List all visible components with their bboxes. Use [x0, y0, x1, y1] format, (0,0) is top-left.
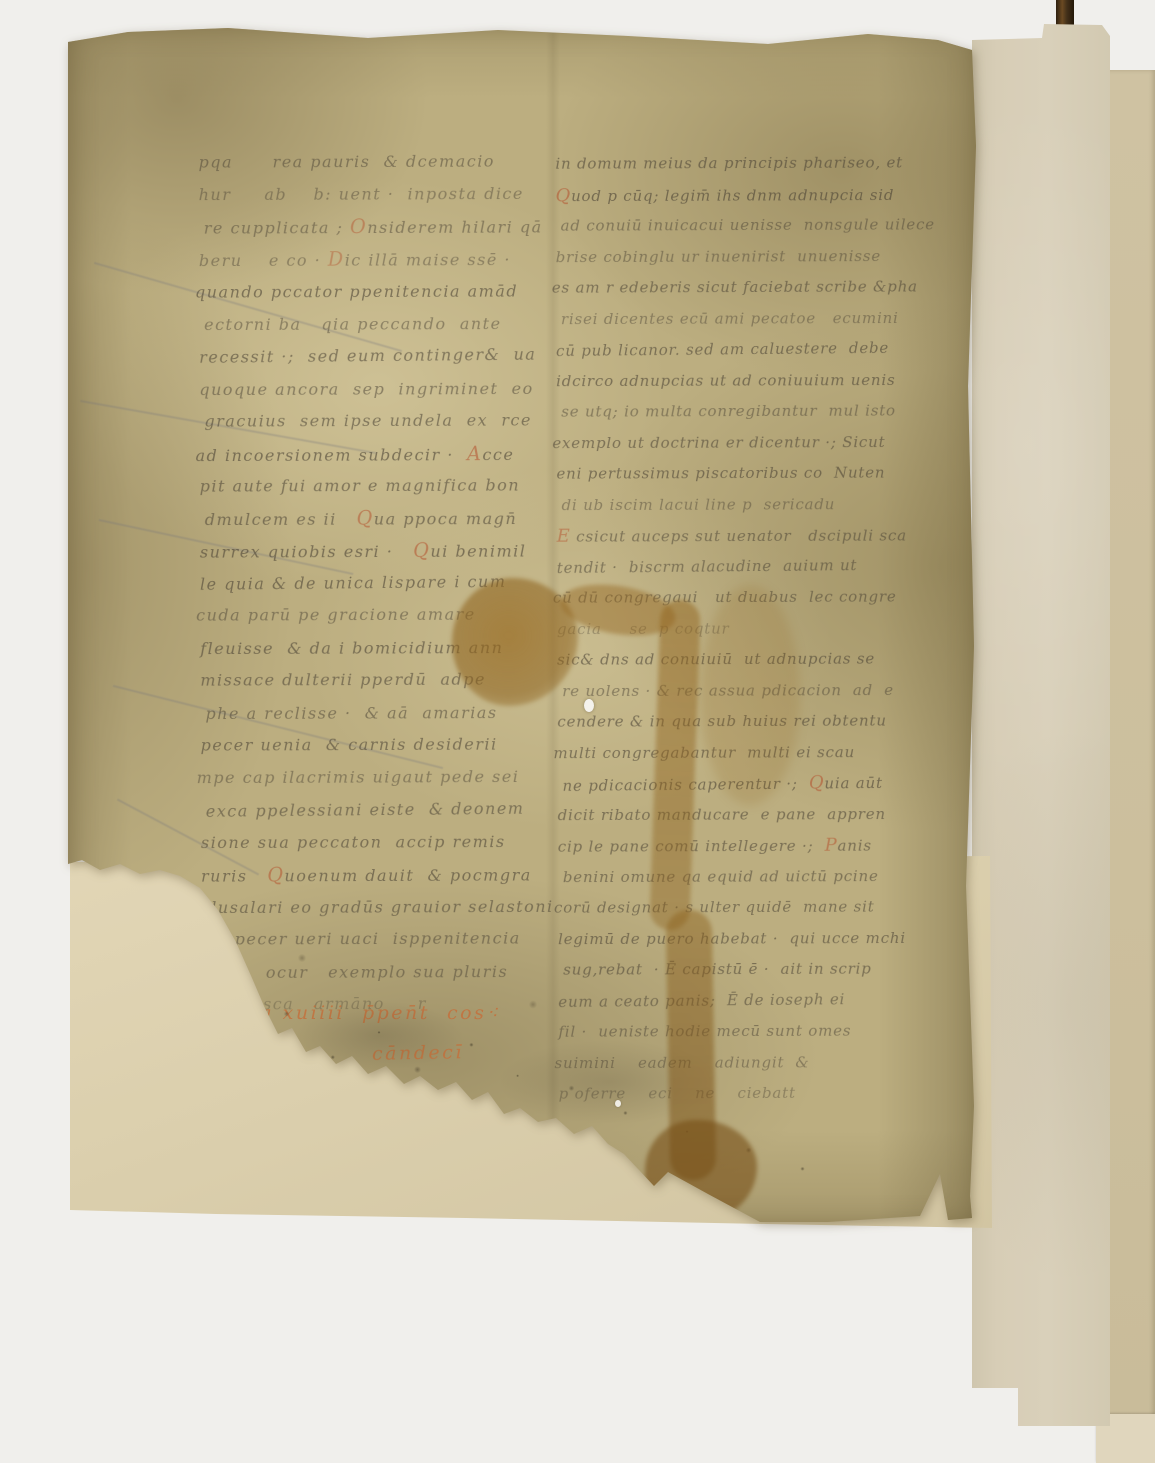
ink-text: brise cobinglu ur inuenirist unuenisse: [556, 247, 881, 266]
manuscript-line: Quod p cūq; legim̄ ihs dnm adnupcia sid: [555, 179, 947, 211]
manuscript-line: surrex quiobis esri · Qui benimil: [200, 534, 556, 568]
manuscript-line: psim ocur exemplo sua pluris: [201, 956, 557, 990]
manuscript-line: exemplo ut doctrina er dicentur ·; Sicut: [552, 427, 948, 459]
manuscript-line: ad incoersionem subdecir · Acce: [195, 437, 555, 471]
red-initial: A: [467, 442, 482, 465]
manuscript-line: se utq; io multa conregibantur mul isto: [561, 395, 948, 427]
ink-text: in domum meius da principis phariseo, et: [555, 153, 903, 172]
ink-stain-pool: [645, 1120, 757, 1220]
ink-text: ui benimil: [430, 541, 526, 560]
ink-text: es am r edeberis sicut faciebat scribe &…: [552, 277, 918, 296]
ink-text: recessit ·; sed eum continger& ua: [199, 345, 536, 367]
red-initial: Q: [413, 539, 430, 562]
rubric-line-2: cāndecī: [372, 1041, 464, 1065]
ink-text: pit aute fui amor e magnifica bon: [200, 475, 521, 495]
ink-text: hur ab b: uent · inposta dice: [199, 184, 524, 204]
manuscript-line: E csicut auceps sut uenator dscipuli sca: [557, 519, 949, 551]
manuscript-line: ectorni ba qia peccando ante: [204, 308, 555, 342]
manuscript-line: pecer uenia & carnis desiderii: [201, 728, 557, 762]
ink-text: ua ppoca magn̄: [374, 509, 517, 529]
manuscript-photo-scene: pqa rea pauris & dcemaciohur ab b: uent …: [0, 0, 1155, 1463]
ink-text: idcirco adnupcias ut ad coniuuium uenis: [556, 371, 895, 390]
small-hole: [615, 1100, 621, 1107]
manuscript-line: corū designat · s ulter quidē mane sit: [554, 891, 950, 923]
manuscript-line: quoque ancora sep ingriminet eo: [199, 373, 555, 407]
parchment-leaf-wrapper: pqa rea pauris & dcemaciohur ab b: uent …: [68, 26, 978, 1226]
manuscript-line: pit aute fui amor e magnifica bon: [200, 469, 556, 503]
ink-text: pqa rea pauris & dcemacio: [198, 152, 495, 172]
ink-text: se utq; io multa conregibantur mul isto: [561, 402, 896, 421]
ink-text: quoque ancora sep ingriminet eo: [199, 379, 533, 399]
manuscript-line: cip le pane comū intellegere ·; Panis: [558, 829, 950, 861]
ink-text: uod p cūq; legim̄ ihs dnm adnupcia sid: [571, 186, 894, 205]
ink-text: multi congregabantur multi ei scau: [553, 743, 855, 762]
ink-text: tendit · biscrm alacudine auium ut: [557, 556, 858, 577]
ink-text: sug,rebat · Ē capistū ē · ait in scrip: [563, 960, 871, 979]
ink-text: sione sua peccaton accip remis: [201, 832, 506, 852]
ink-text: quando pccator ppenitencia amād: [195, 281, 518, 301]
red-initial: Q: [267, 863, 284, 886]
ink-text: missace dulterii pperdū adpe: [200, 670, 486, 690]
manuscript-line: hur ab b: uent · inposta dice: [199, 178, 555, 212]
ink-text: le quia & de unica lispare i cum: [200, 572, 507, 594]
manuscript-line: legimū de puero habebat · qui ucce mchi: [558, 923, 950, 955]
manuscript-line: fil · ueniste hodie mecū sunt omes: [558, 1015, 950, 1047]
ink-text: aut pecer ueri uaci isppenitencia: [197, 929, 521, 949]
manuscript-line: beru e co · Dic illā maise ssē ·: [199, 243, 555, 277]
ink-text: ad incoersionem subdecir ·: [196, 445, 468, 465]
red-initial: Q: [809, 772, 825, 793]
ink-text: mpe cap ilacrimis uigaut pede sei: [197, 768, 520, 788]
manuscript-line: cū pub licanor. sed am caluestere debe: [556, 332, 948, 367]
ink-text: di ub iscim lacui line p sericadu: [562, 495, 836, 514]
manuscript-line: ruris Quoenum dauit & pocmgra: [201, 858, 557, 892]
red-initial: O: [350, 215, 367, 238]
ink-text: legimū de puero habebat · qui ucce mchi: [558, 929, 906, 948]
manuscript-line: quando pccator ppenitencia amād: [195, 275, 555, 309]
red-initial: D: [328, 248, 345, 271]
ink-text: re cupplicata ;: [204, 218, 350, 238]
ink-text: ad conuiū inuicacui uenisse nonsgule uil…: [561, 215, 935, 234]
ink-text: gracuius sem ipse undela ex rce: [204, 411, 532, 431]
ink-text: anis: [837, 837, 871, 855]
ink-stain-wash: [700, 585, 800, 805]
right-backing-paper: [1104, 70, 1155, 1422]
ink-text: ic illā maise ssē ·: [345, 250, 511, 270]
manuscript-line: exca ppelessiani eiste & deonem: [206, 792, 557, 828]
ink-text: cū pub licanor. sed am caluestere debe: [556, 339, 889, 360]
ink-text: csicut auceps sut uenator dscipuli sca: [571, 526, 907, 545]
manuscript-line: eum a ceato panis; Ē de ioseph ei: [558, 983, 950, 1018]
manuscript-line: aut pecer ueri uaci isppenitencia: [197, 923, 557, 957]
ink-text: dicit ribato manducare e pane appren: [558, 805, 886, 824]
manuscript-line: ad conuiū inuicacui uenisse nonsgule uil…: [561, 209, 948, 241]
manuscript-line: in domum meius da principis phariseo, et: [555, 147, 947, 179]
manuscript-line: di ub iscim lacui line p sericadu: [562, 489, 949, 521]
red-initial: E: [557, 526, 571, 547]
manuscript-line: re cupplicata ; Onsiderem hilari qā: [204, 210, 555, 244]
manuscript-line: pqa rea pauris & dcemacio: [198, 145, 554, 179]
ink-text: risei dicentes ecū ami pecatoe ecumini: [561, 309, 899, 328]
red-initial: P: [825, 835, 838, 856]
manuscript-line: tendit · biscrm alacudine auium ut: [557, 549, 949, 584]
ink-text: eni pertussimus piscatoribus co Nuten: [556, 464, 885, 483]
ink-text: surrex quiobis esri ·: [200, 542, 413, 562]
worm-hole: [584, 699, 594, 712]
ink-text: ectorni ba qia peccando ante: [204, 314, 502, 334]
manuscript-line: dusalari eo gradūs grauior selastoni: [206, 891, 557, 925]
ink-text: psim ocur exemplo sua pluris: [201, 962, 508, 982]
ink-text: exemplo ut doctrina er dicentur ·; Sicut: [552, 433, 885, 452]
manuscript-line: eni pertussimus piscatoribus co Nuten: [556, 457, 948, 489]
red-initial: Q: [555, 185, 571, 206]
ink-text: pecer uenia & carnis desiderii: [201, 735, 498, 755]
ink-text: nsiderem hilari qā: [367, 217, 543, 237]
manuscript-line: suimini eadem adiungit &: [554, 1047, 950, 1079]
ink-text: corū designat · s ulter quidē mane sit: [554, 898, 875, 917]
manuscript-line: gracuius sem ipse undela ex rce: [204, 405, 555, 439]
ink-text: dmulcem es ii: [205, 510, 357, 530]
manuscript-line: dmulcem es ii Qua ppoca magn̄: [205, 502, 556, 536]
ink-text: benini omune qa equid ad uictū pcine: [563, 867, 879, 886]
manuscript-line: es am r edeberis sicut faciebat scribe &…: [552, 271, 948, 303]
red-initial: Q: [357, 507, 374, 530]
manuscript-line: brise cobinglu ur inuenirist unuenisse: [556, 241, 948, 273]
manuscript-line: mpe cap ilacrimis uigaut pede sei: [197, 761, 557, 795]
ink-text: phe a reclisse · & aā amarias: [205, 703, 497, 723]
manuscript-line: sione sua peccaton accip remis: [201, 826, 557, 860]
manuscript-line: benini omune qa equid ad uictū pcine: [563, 861, 950, 893]
parchment-leaf: pqa rea pauris & dcemaciohur ab b: uent …: [68, 26, 978, 1226]
ink-text: uoenum dauit & pocmgra: [284, 865, 531, 885]
manuscript-line: sug,rebat · Ē capistū ē · ait in scrip: [563, 953, 950, 985]
rubric-line-1: dom̄ca xuiiii p̄pen̄t cos⁖: [198, 1002, 500, 1024]
ink-text: ruris: [201, 866, 267, 885]
ink-text: uia aūt: [824, 774, 883, 793]
ink-text: cuda parū pe gracione amare: [196, 605, 476, 625]
ink-text: exca ppelessiani eiste & deonem: [206, 798, 525, 820]
ink-text: dusalari eo gradūs grauior selastoni: [206, 897, 554, 917]
ink-text: cce: [482, 445, 514, 464]
ink-text: beru e co ·: [199, 251, 328, 270]
manuscript-line: risei dicentes ecū ami pecatoe ecumini: [561, 303, 948, 335]
manuscript-line: recessit ·; sed eum continger& ua: [199, 339, 555, 375]
paper-guard-strip: [972, 24, 1110, 1426]
manuscript-line: idcirco adnupcias ut ad coniuuium uenis: [556, 365, 948, 397]
